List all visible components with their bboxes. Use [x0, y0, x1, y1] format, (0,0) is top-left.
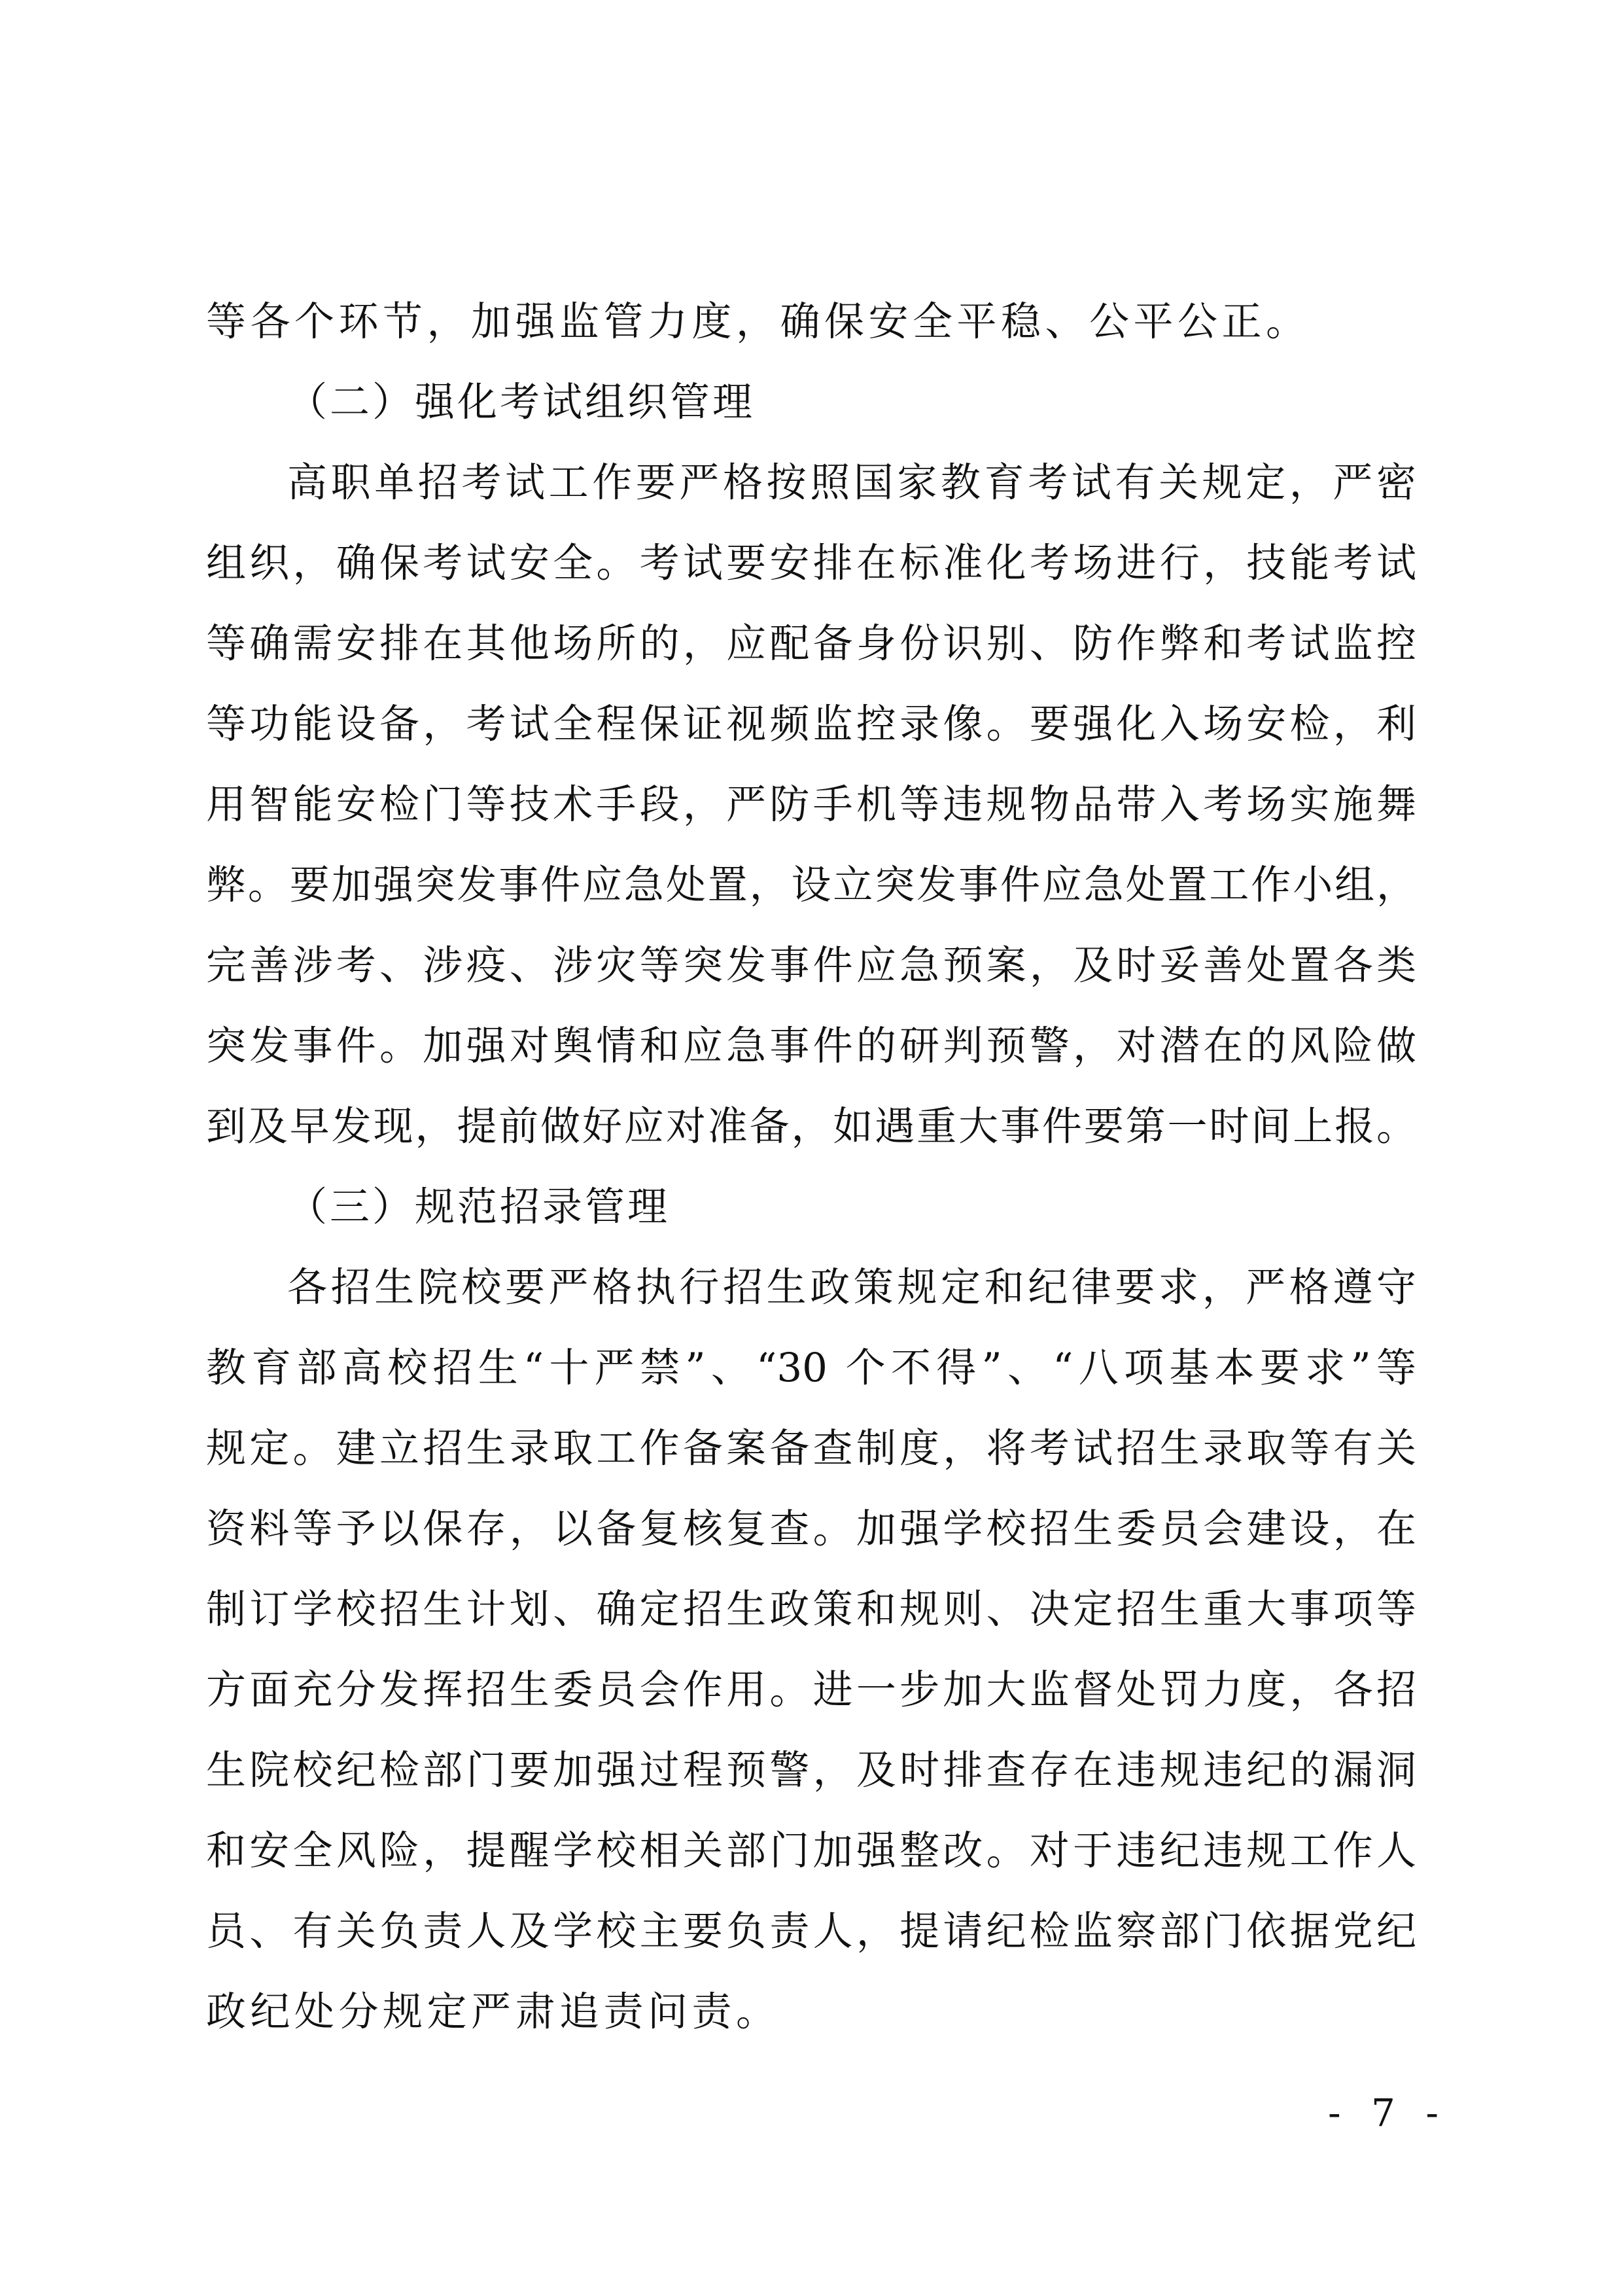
paragraph-line: 等确需安排在其他场所的，应配备身份识别、防作弊和考试监控 [206, 618, 1416, 698]
paragraph-line: 突发事件。加强对舆情和应急事件的研判预警，对潜在的风险做 [206, 1020, 1416, 1101]
paragraph-line: 方面充分发挥招生委员会作用。进一步加大监督处罚力度，各招 [206, 1664, 1416, 1744]
document-page: 等各个环节，加强监管力度，确保安全平稳、公平公正。 （二）强化考试组织管理 高职… [0, 0, 1623, 2296]
paragraph-line: 组织，确保考试安全。考试要安排在标准化考场进行，技能考试 [206, 537, 1416, 618]
section-heading-3: （三）规范招录管理 [206, 1181, 1416, 1262]
paragraph-line: 等各个环节，加强监管力度，确保安全平稳、公平公正。 [206, 296, 1416, 376]
paragraph-line: 完善涉考、涉疫、涉灾等突发事件应急预案，及时妥善处置各类 [206, 940, 1416, 1020]
paragraph-line: 和安全风险，提醒学校相关部门加强整改。对于违纪违规工作人 [206, 1825, 1416, 1905]
paragraph-line: 生院校纪检部门要加强过程预警，及时排查存在违规违纪的漏洞 [206, 1744, 1416, 1825]
section-heading-2: （二）强化考试组织管理 [206, 376, 1416, 457]
paragraph-line: 资料等予以保存，以备复核复查。加强学校招生委员会建设，在 [206, 1503, 1416, 1583]
paragraph-line: 等功能设备，考试全程保证视频监控录像。要强化入场安检，利 [206, 698, 1416, 779]
paragraph-line: 制订学校招生计划、确定招生政策和规则、决定招生重大事项等 [206, 1583, 1416, 1664]
paragraph-line: 员、有关负责人及学校主要负责人，提请纪检监察部门依据党纪 [206, 1905, 1416, 1986]
page-number: - 7 - [1328, 2091, 1448, 2135]
paragraph-line: 各招生院校要严格执行招生政策规定和纪律要求，严格遵守 [206, 1262, 1416, 1342]
paragraph-line: 用智能安检门等技术手段，严防手机等违规物品带入考场实施舞 [206, 779, 1416, 859]
paragraph-line: 规定。建立招生录取工作备案备查制度，将考试招生录取等有关 [206, 1422, 1416, 1503]
document-body: 等各个环节，加强监管力度，确保安全平稳、公平公正。 （二）强化考试组织管理 高职… [206, 296, 1416, 2066]
paragraph-line: 到及早发现，提前做好应对准备，如遇重大事件要第一时间上报。 [206, 1101, 1416, 1181]
paragraph-line: 教育部高校招生“十严禁”、“30 个不得”、“八项基本要求”等 [206, 1342, 1416, 1422]
paragraph-line: 弊。要加强突发事件应急处置，设立突发事件应急处置工作小组， [206, 859, 1416, 940]
paragraph-line: 政纪处分规定严肃追责问责。 [206, 1986, 1416, 2066]
paragraph-line: 高职单招考试工作要严格按照国家教育考试有关规定，严密 [206, 457, 1416, 537]
